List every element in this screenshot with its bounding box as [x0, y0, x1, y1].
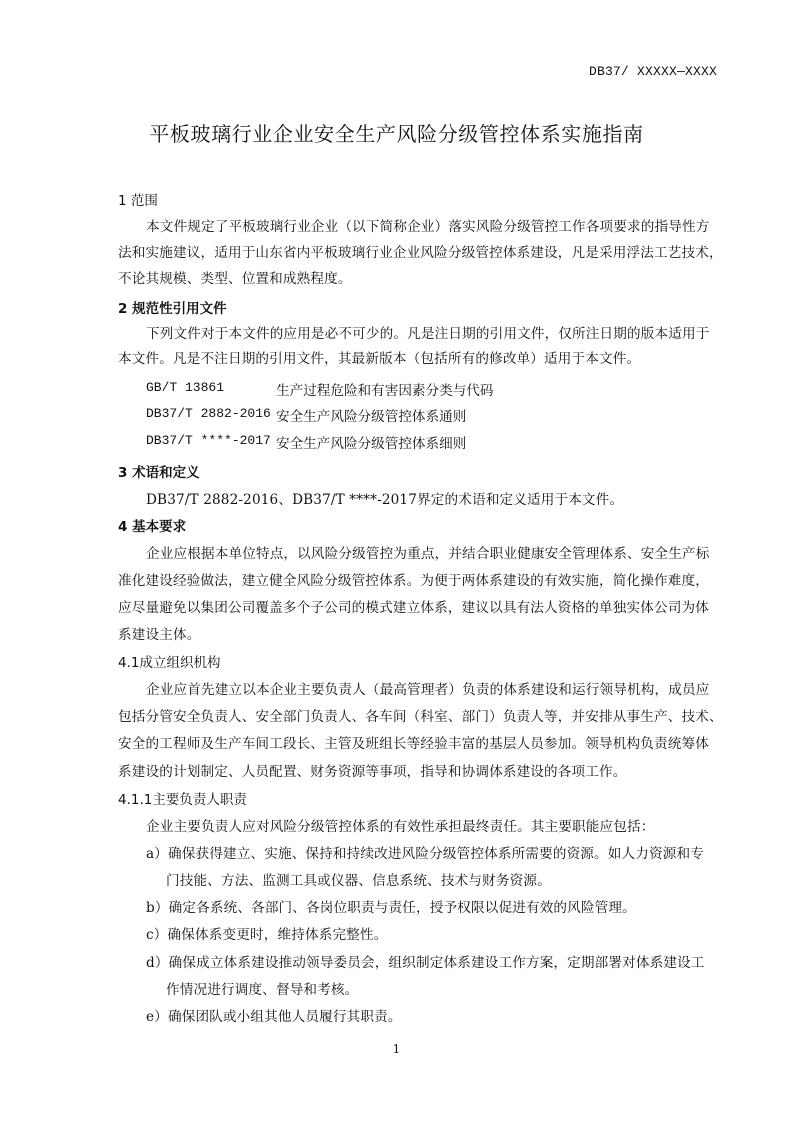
list-marker: b） — [146, 900, 169, 916]
paragraph-line: 系建设主体。 — [118, 623, 200, 643]
list-text: 确保团队或小组其他人员履行其职责。 — [168, 1009, 402, 1025]
reference-title: 生产过程危险和有害因素分类与代码 — [276, 379, 494, 399]
list-marker: d） — [146, 955, 169, 971]
list-marker: e） — [146, 1009, 168, 1025]
list-marker: a） — [146, 846, 168, 862]
list-item-d: d）确保成立体系建设推动领导委员会，组织制定体系建设工作方案，定期部署对体系建设… — [146, 951, 705, 971]
list-item-c: c）确保体系变更时，维持体系完整性。 — [146, 923, 387, 943]
paragraph-line: 准化建设经验做法，建立健全风险分级管控体系。为便于两体系建设的有效实施，简化操作… — [118, 569, 709, 589]
paragraph-line: 企业应首先建立以本企业主要负责人（最高管理者）负责的体系建设和运行领导机构，成员… — [146, 678, 710, 698]
list-item-e: e）确保团队或小组其他人员履行其职责。 — [146, 1005, 402, 1025]
paragraph-line: 法和实施建议，适用于山东省内平板玻璃行业企业风险分级管控体系建设，凡是采用浮法工… — [118, 241, 723, 261]
paragraph-line: 系建设的计划制定、人员配置、财务资源等事项，指导和协调体系建设的各项工作。 — [118, 760, 627, 780]
paragraph-line: 企业主要负责人应对风险分级管控体系的有效性承担最终责任。其主要职能应包括： — [146, 815, 655, 835]
reference-code: DB37/T ****-2017 — [146, 433, 271, 448]
paragraph-line: 不论其规模、类型、位置和成熟程度。 — [118, 267, 352, 287]
paragraph-line: 安全的工程师及生产车间工段长、主管及班组长等经验丰富的基层人员参加。领导机构负责… — [118, 732, 709, 752]
paragraph-line: 下列文件对于本文件的应用是必不可少的。凡是注日期的引用文件，仅所注日期的版本适用… — [146, 322, 710, 342]
reference-code: DB37/T 2882-2016 — [146, 406, 271, 421]
document-title: 平板玻璃行业企业安全生产风险分级管控体系实施指南 — [0, 118, 793, 147]
section-3-heading: 3 术语和定义 — [118, 461, 200, 481]
paragraph-line: 企业应根据本单位特点，以风险分级管控为重点，并结合职业健康安全管理体系、安全生产… — [146, 542, 710, 562]
reference-title: 安全生产风险分级管控体系细则 — [276, 432, 466, 452]
section-1-heading: 1 范围 — [118, 189, 158, 209]
list-text: 确保体系变更时，维持体系完整性。 — [168, 927, 388, 943]
list-item-d-continuation: 作情况进行调度、督导和考核。 — [166, 978, 358, 998]
document-code-header: DB37/ XXXXX—XXXX — [589, 64, 717, 79]
paragraph-line: 应尽量避免以集团公司覆盖多个子公司的模式建立体系，建议以具有法人资格的单独实体公… — [118, 596, 709, 616]
list-text: 确保成立体系建设推动领导委员会，组织制定体系建设工作方案，定期部署对体系建设工 — [169, 955, 705, 971]
section-4-heading: 4 基本要求 — [118, 515, 186, 535]
section-2-heading: 2 规范性引用文件 — [118, 297, 227, 317]
paragraph-line: 本文件规定了平板玻璃行业企业（以下简称企业）落实风险分级管控工作各项要求的指导性… — [146, 215, 710, 235]
list-item-b: b）确定各系统、各部门、各岗位职责与责任，授予权限以促进有效的风险管理。 — [146, 896, 636, 916]
paragraph-line: 包括分管安全负责人、安全部门负责人、各车间（科室、部门）负责人等，并安排从事生产… — [118, 705, 723, 725]
reference-title: 安全生产风险分级管控体系通则 — [276, 405, 466, 425]
section-4-1-1-heading: 4.1.1主要负责人职责 — [118, 788, 247, 808]
reference-code: GB/T 13861 — [146, 380, 224, 395]
list-item-a-continuation: 门技能、方法、监测工具或仪器、信息系统、技术与财务资源。 — [166, 869, 551, 889]
list-marker: c） — [146, 927, 168, 943]
list-text: 确定各系统、各部门、各岗位职责与责任，授予权限以促进有效的风险管理。 — [169, 900, 636, 916]
paragraph-line: DB37/T 2882-2016、DB37/T ****-2017界定的术语和定… — [146, 488, 623, 508]
page-number: 1 — [0, 1042, 793, 1056]
list-item-a: a）确保获得建立、实施、保持和持续改进风险分级管控体系所需要的资源。如人力资源和… — [146, 842, 704, 862]
section-4-1-heading: 4.1成立组织机构 — [118, 651, 220, 671]
paragraph-line: 本文件。凡是不注日期的引用文件，其最新版本（包括所有的修改单）适用于本文件。 — [118, 347, 640, 367]
list-text: 确保获得建立、实施、保持和持续改进风险分级管控体系所需要的资源。如人力资源和专 — [168, 846, 704, 862]
